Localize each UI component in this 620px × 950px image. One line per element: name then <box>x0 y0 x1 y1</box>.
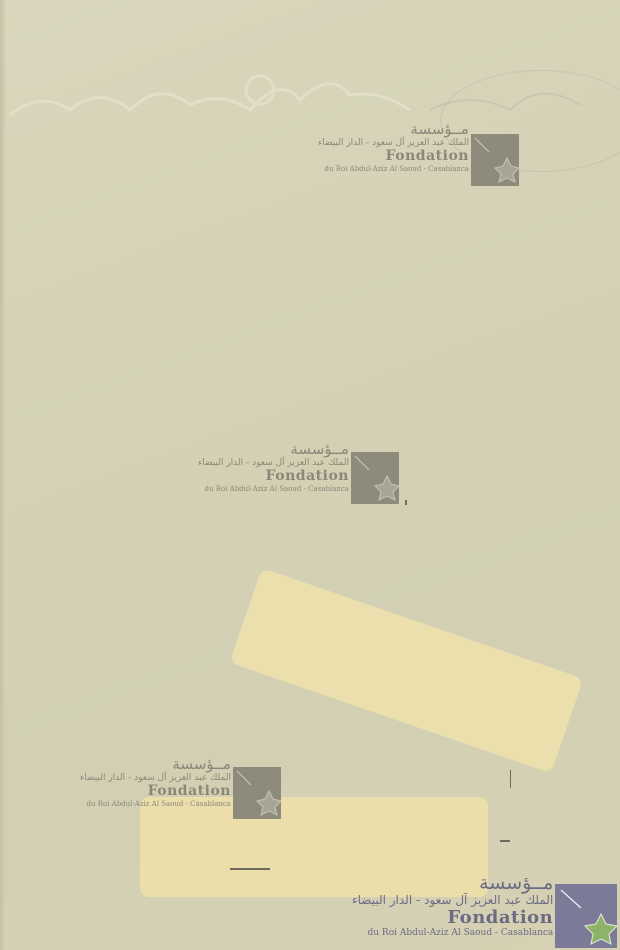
logo-emblem-icon <box>351 452 399 504</box>
logo-french-subtitle: du Roi Abdul-Aziz Al Saoud - Casablanca <box>86 799 230 809</box>
ink-mark <box>510 770 511 788</box>
ink-mark <box>230 868 270 870</box>
logo-french-title: Fondation <box>447 908 553 927</box>
logo-arabic-title: مــؤسسة <box>479 874 553 893</box>
logo-arabic-title: مــؤسسة <box>290 442 349 457</box>
logo-arabic-title: مــؤسسة <box>410 122 469 137</box>
logo-french-subtitle: du Roi Abdul-Aziz Al Saoud - Casablanca <box>324 164 468 174</box>
logo-french-subtitle: du Roi Abdul-Aziz Al Saoud - Casablanca <box>368 927 554 939</box>
spine-edge <box>0 0 5 950</box>
foundation-logo-stamp: مــؤسسة الملك عبد العزيز آل سعود - الدار… <box>198 442 399 504</box>
foundation-logo-stamp: مــؤسسة الملك عبد العزيز آل سعود - الدار… <box>318 122 519 186</box>
scanned-book-cover: مــؤسسة الملك عبد العزيز آل سعود - الدار… <box>0 0 620 950</box>
logo-emblem-icon <box>233 767 281 819</box>
logo-french-title: Fondation <box>386 149 469 164</box>
ink-dot <box>405 500 407 505</box>
label-sticker-angled <box>229 568 583 773</box>
logo-french-title: Fondation <box>148 784 231 799</box>
logo-french-title: Fondation <box>266 469 349 484</box>
logo-emblem-icon <box>555 884 617 948</box>
logo-emblem-icon <box>471 134 519 186</box>
ink-mark <box>500 840 510 842</box>
foundation-logo-stamp: مــؤسسة الملك عبد العزيز آل سعود - الدار… <box>80 757 281 819</box>
logo-arabic-title: مــؤسسة <box>172 757 231 772</box>
logo-french-subtitle: du Roi Abdul-Aziz Al Saoud - Casablanca <box>204 484 348 494</box>
logo-arabic-subtitle: الملك عبد العزيز آل سعود - الدار البيضاء <box>352 893 553 908</box>
foundation-logo-color: مــؤسسة الملك عبد العزيز آل سعود - الدار… <box>352 874 617 948</box>
